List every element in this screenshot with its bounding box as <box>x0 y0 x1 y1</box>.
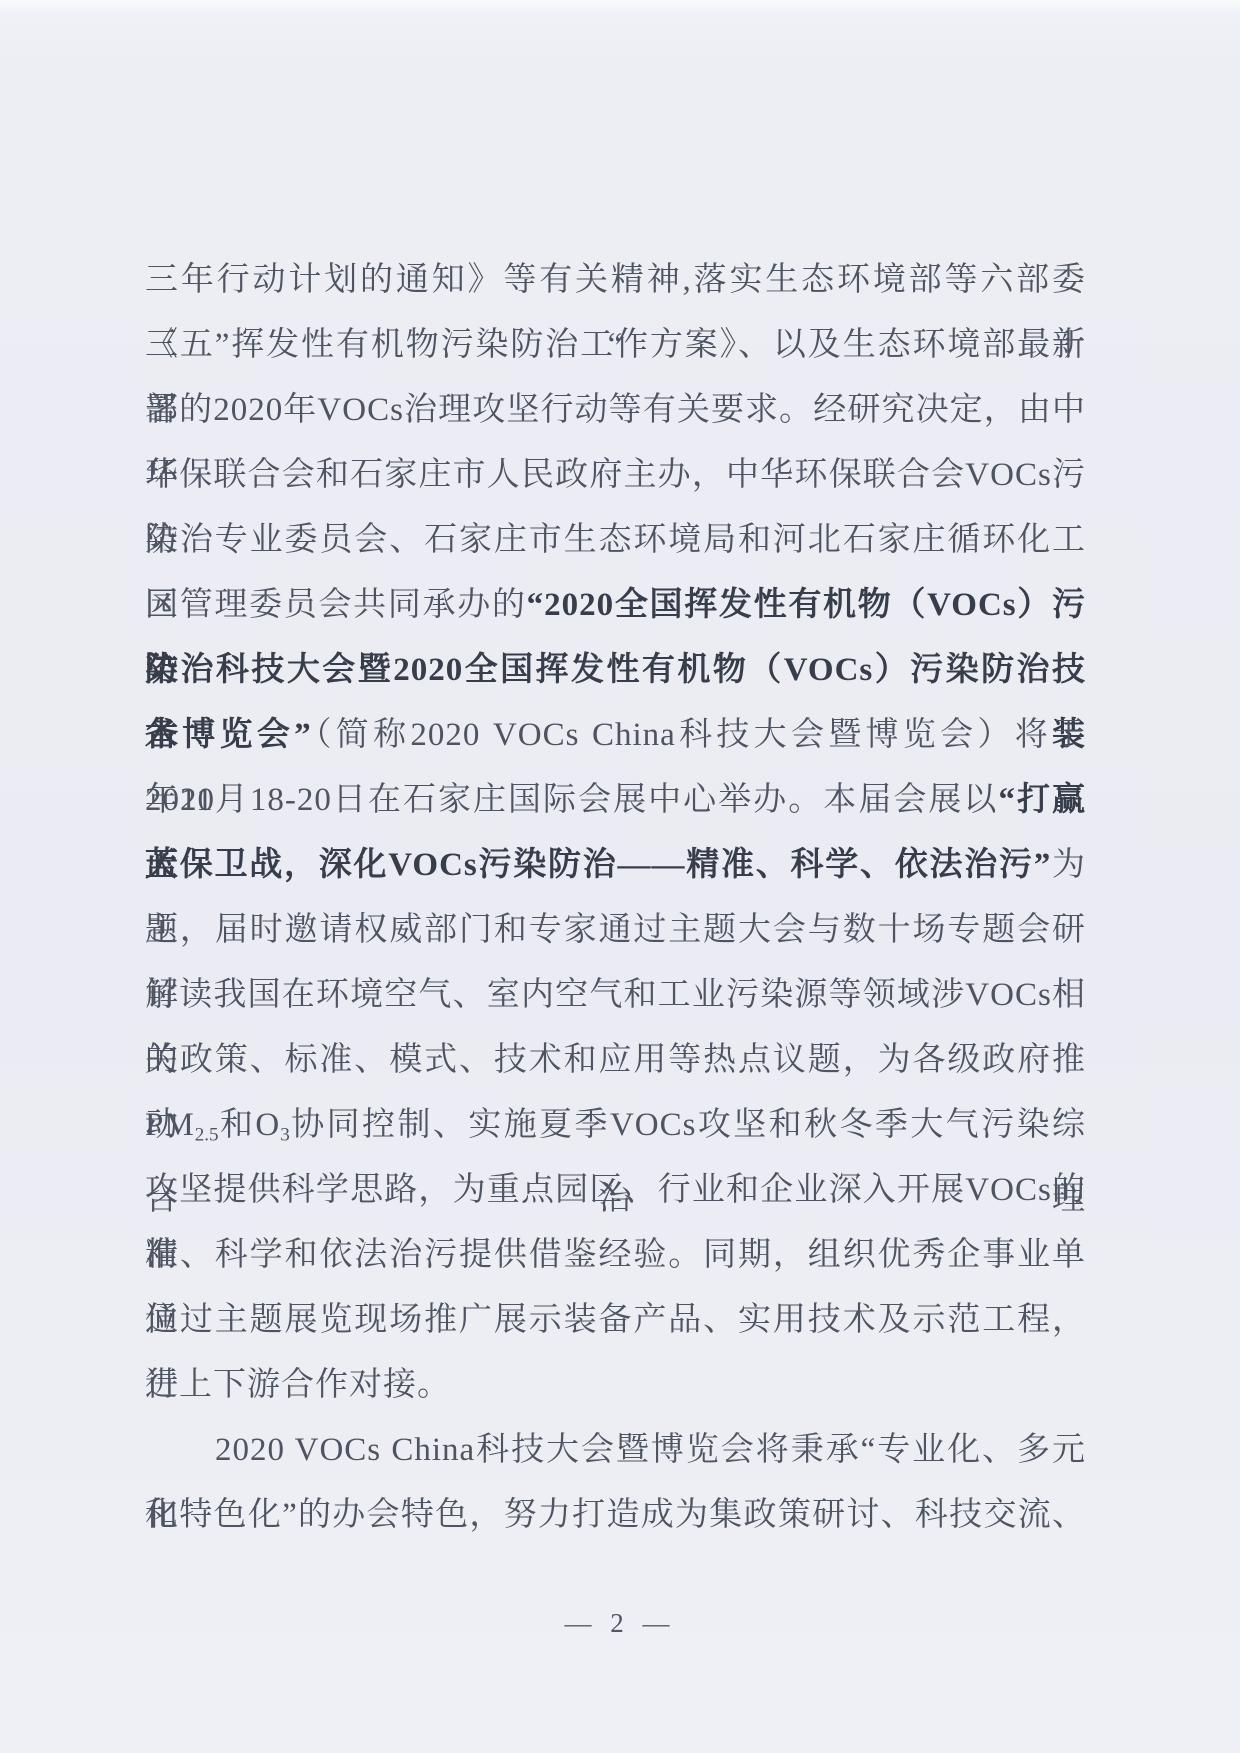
document-text: 和O <box>219 1107 281 1143</box>
document-text: 年11月18-20日在石家庄国际会展中心举办。本届会展以 <box>145 782 998 818</box>
scanned-page: 三年行动计划的通知》等有关精神,落实生态环境部等六部委《“十三五”挥发性有机物污… <box>0 0 1240 1753</box>
document-line: 准、科学和依法治污提供借鉴经验。同期，组织优秀企事业单位 <box>145 1223 1086 1288</box>
page-number: — 2 — <box>0 1608 1240 1639</box>
document-line: 防治专业委员会、石家庄市生态环境局和河北石家庄循环化工园 <box>145 508 1086 573</box>
document-line: 和特色化”的办会特色，努力打造成为集政策研讨、科技交流、 <box>145 1483 1086 1548</box>
document-line: PM2.5和O3协同控制、实施夏季VOCs攻坚和秋冬季大气污染综合治理 <box>145 1093 1086 1158</box>
document-line: 备博览会”（简称2020 VOCs China科技大会暨博览会）将于2020 <box>145 703 1086 768</box>
document-line: 的政策、标准、模式、技术和应用等热点议题，为各级政府推动 <box>145 1028 1086 1093</box>
document-line: 环保联合会和石家庄市人民政府主办，中华环保联合会VOCs污染 <box>145 443 1086 508</box>
document-text-bold: 天保卫战，深化VOCs污染防治——精准、科学、依法治污” <box>145 847 1051 883</box>
document-text-bold: 备博览会” <box>145 717 312 753</box>
document-line: 行上下游合作对接。 <box>145 1353 1086 1418</box>
document-line: 署的2020年VOCs治理攻坚行动等有关要求。经研究决定，由中华 <box>145 378 1086 443</box>
document-text-subscript: 2.5 <box>195 1124 219 1145</box>
document-line: 天保卫战，深化VOCs污染防治——精准、科学、依法治污”为主 <box>145 833 1086 898</box>
document-line: 区管理委员会共同承办的“2020全国挥发性有机物（VOCs）污染 <box>145 573 1086 638</box>
document-line: 解读我国在环境空气、室内空气和工业污染源等领域涉VOCs相关 <box>145 963 1086 1028</box>
document-text: 区管理委员会共同承办的 <box>145 587 527 623</box>
document-text: 行上下游合作对接。 <box>145 1367 451 1403</box>
document-line: 2020 VOCs China科技大会暨博览会将秉承“专业化、多元化 <box>145 1418 1086 1483</box>
document-line: 三年行动计划的通知》等有关精神,落实生态环境部等六部委《“十 <box>145 248 1086 313</box>
document-line: 三五”挥发性有机物污染防治工作方案》、以及生态环境部最新部 <box>145 313 1086 378</box>
document-text-subscript: 3 <box>280 1124 290 1145</box>
document-line: 通过主题展览现场推广展示装备产品、实用技术及示范工程，进 <box>145 1288 1086 1353</box>
document-line: 攻坚提供科学思路，为重点园区、行业和企业深入开展VOCs的精 <box>145 1158 1086 1223</box>
document-text: PM <box>145 1107 195 1143</box>
document-line: 题，届时邀请权威部门和专家通过主题大会与数十场专题会研讨 <box>145 898 1086 963</box>
document-line: 年11月18-20日在石家庄国际会展中心举办。本届会展以“打赢蓝 <box>145 768 1086 833</box>
document-text: 和特色化”的办会特色，努力打造成为集政策研讨、科技交流、 <box>145 1497 1086 1533</box>
document-line: 防治科技大会暨2020全国挥发性有机物（VOCs）污染防治技术装 <box>145 638 1086 703</box>
document-body: 三年行动计划的通知》等有关精神,落实生态环境部等六部委《“十三五”挥发性有机物污… <box>145 248 1086 1548</box>
